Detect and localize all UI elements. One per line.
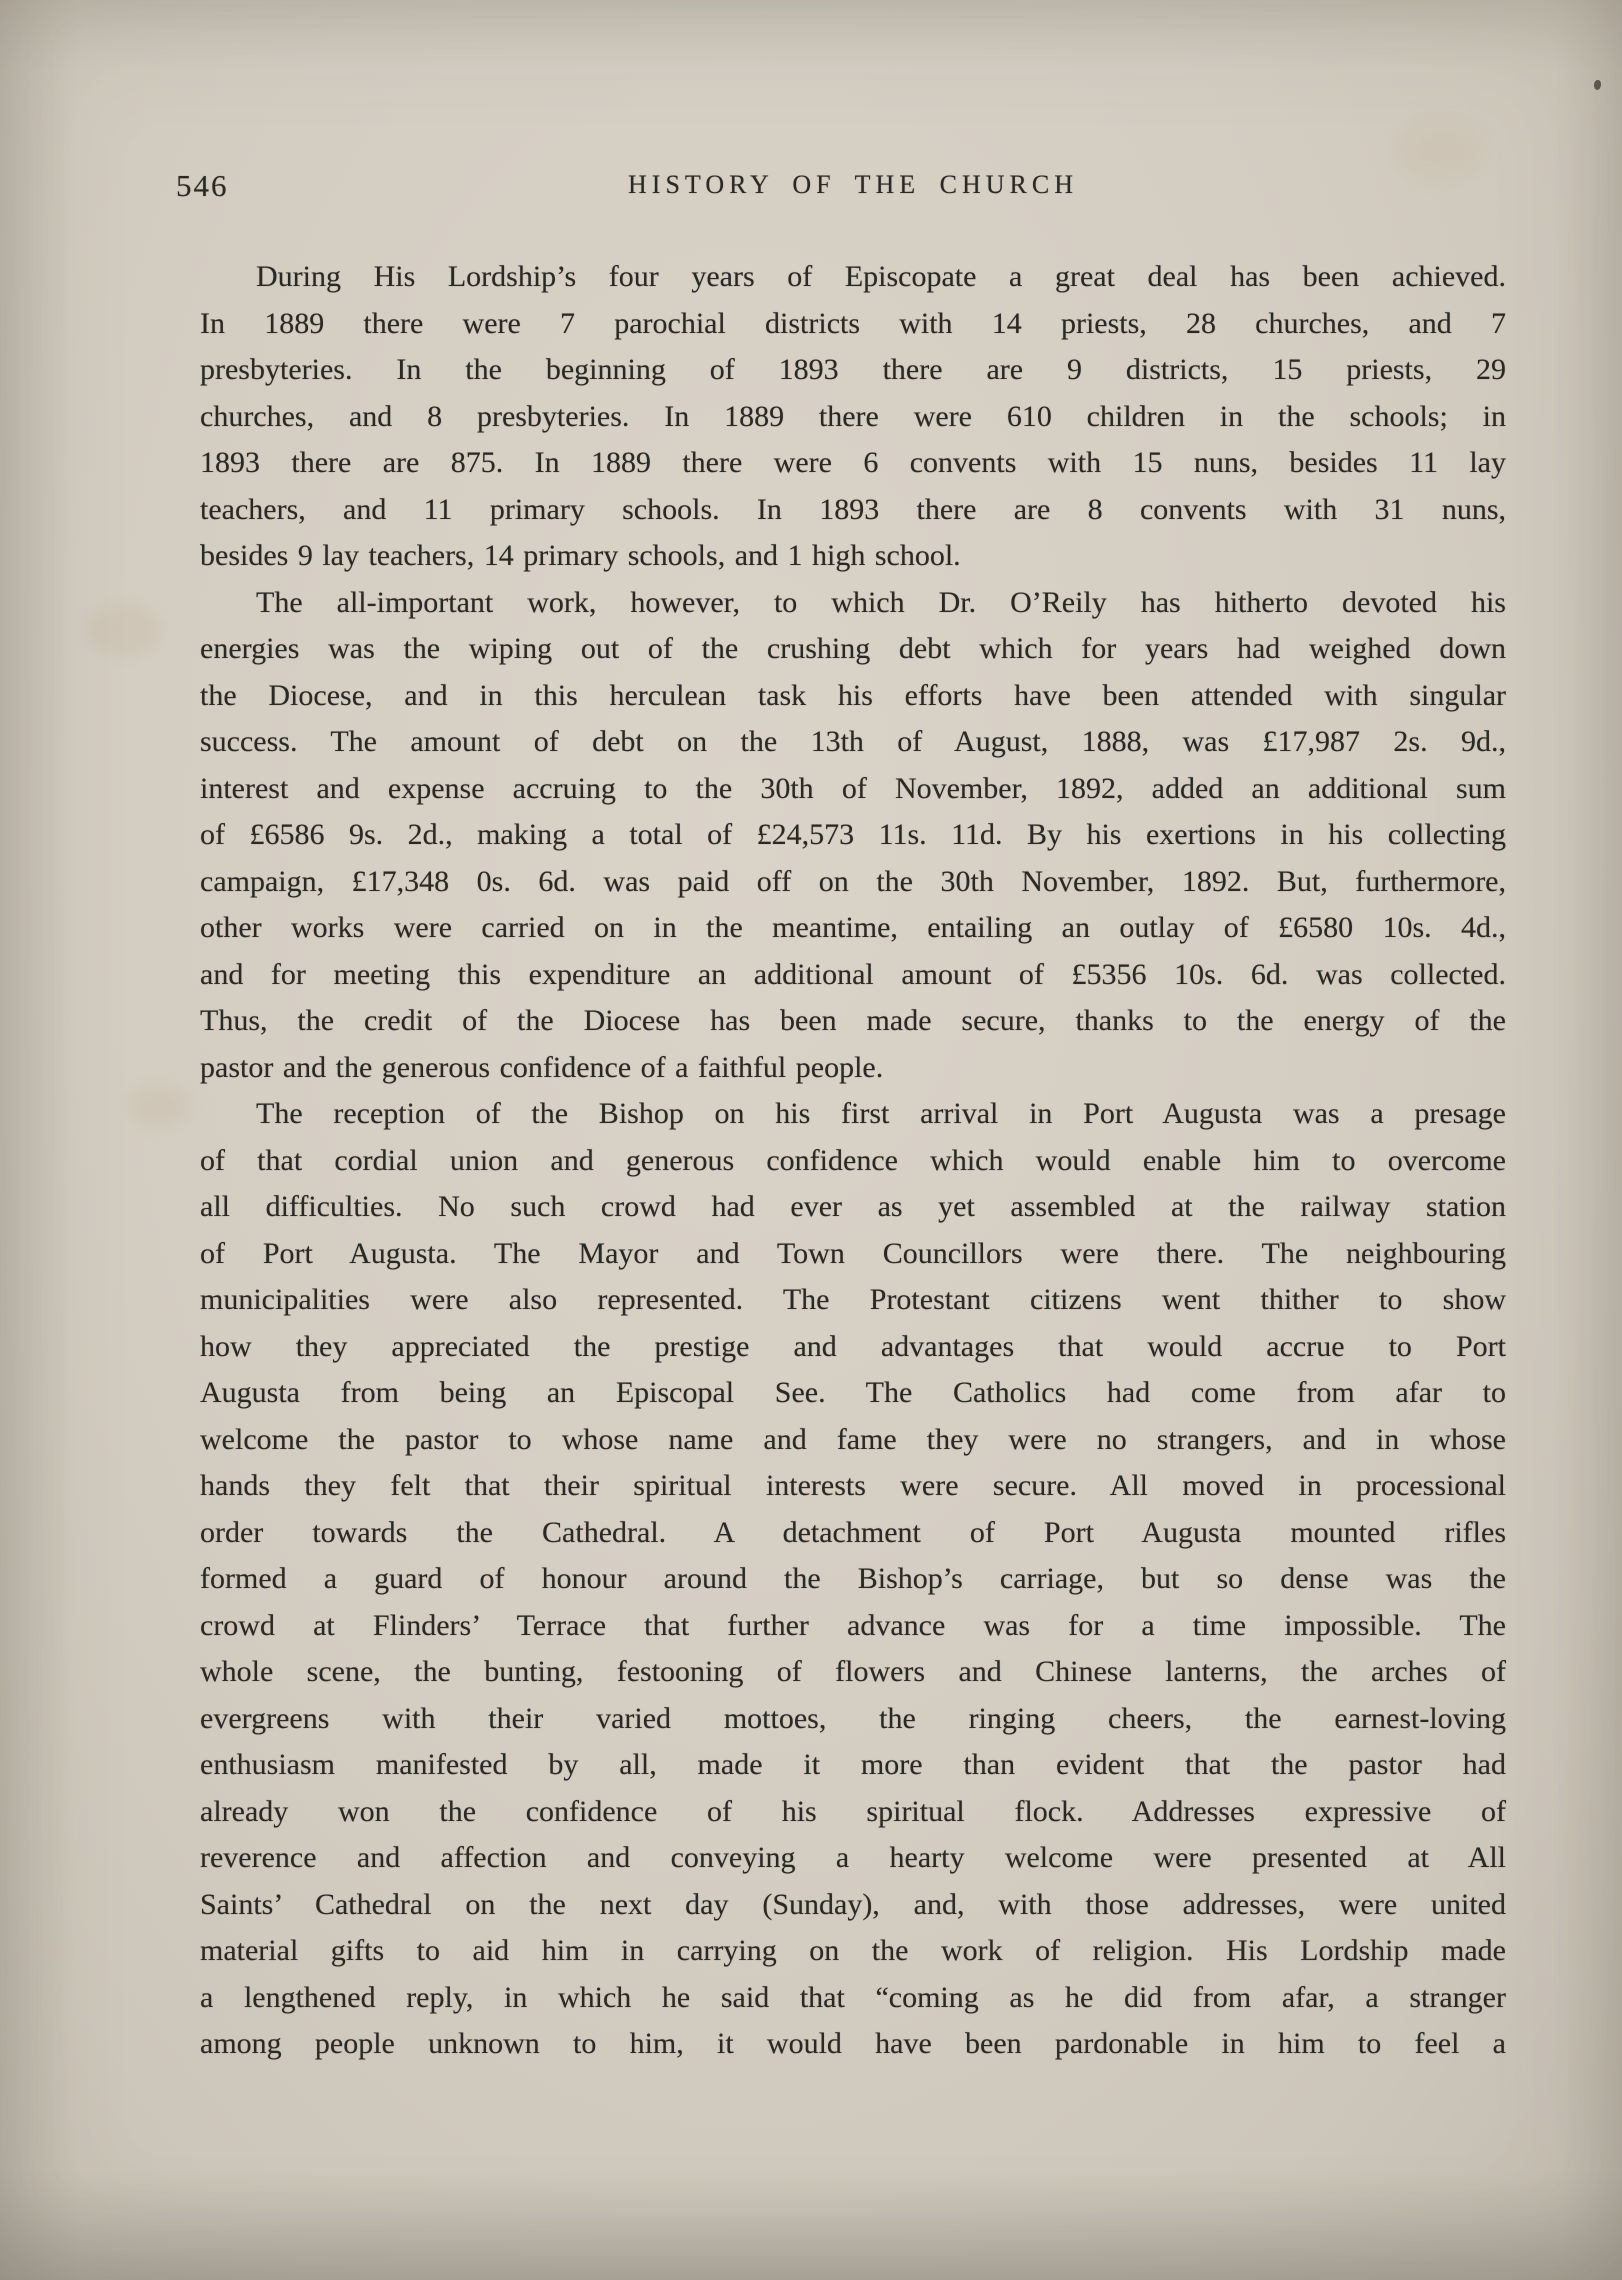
text-line: teachers, and 11 primary schools. In 189…: [200, 487, 1506, 534]
ink-speck: [1594, 80, 1601, 90]
text-line: The all-important work, however, to whic…: [200, 580, 1506, 627]
text-line: a lengthened reply, in which he said tha…: [200, 1975, 1506, 2022]
text-line: Thus, the credit of the Diocese has been…: [200, 998, 1506, 1045]
text-line: reverence and affection and conveying a …: [200, 1835, 1506, 1882]
text-line: Saints’ Cathedral on the next day (Sunda…: [200, 1882, 1506, 1929]
text-line: During His Lordship’s four years of Epis…: [200, 254, 1506, 301]
text-line: the Diocese, and in this herculean task …: [200, 673, 1506, 720]
running-title: HISTORY OF THE CHURCH: [200, 170, 1506, 200]
text-line: and for meeting this expenditure an addi…: [200, 952, 1506, 999]
text-line: of Port Augusta. The Mayor and Town Coun…: [200, 1231, 1506, 1278]
text-line: municipalities were also represented. Th…: [200, 1277, 1506, 1324]
paragraph: The reception of the Bishop on his first…: [200, 1091, 1506, 2068]
text-line: enthusiasm manifested by all, made it mo…: [200, 1742, 1506, 1789]
text-line: formed a guard of honour around the Bish…: [200, 1556, 1506, 1603]
paragraph: During His Lordship’s four years of Epis…: [200, 254, 1506, 580]
text-line: campaign, £17,348 0s. 6d. was paid off o…: [200, 859, 1506, 906]
text-line: among people unknown to him, it would ha…: [200, 2021, 1506, 2068]
text-line: material gifts to aid him in carrying on…: [200, 1928, 1506, 1975]
text-line: presbyteries. In the beginning of 1893 t…: [200, 347, 1506, 394]
text-line: besides 9 lay teachers, 14 primary schoo…: [200, 533, 1506, 580]
text-line: already won the confidence of his spirit…: [200, 1789, 1506, 1836]
text-line: pastor and the generous confidence of a …: [200, 1045, 1506, 1092]
paper-stain: [128, 1084, 190, 1128]
text-line: success. The amount of debt on the 13th …: [200, 719, 1506, 766]
text-line: interest and expense accruing to the 30t…: [200, 766, 1506, 813]
text-line: crowd at Flinders’ Terrace that further …: [200, 1603, 1506, 1650]
paragraph: The all-important work, however, to whic…: [200, 580, 1506, 1092]
text-line: 1893 there are 875. In 1889 there were 6…: [200, 440, 1506, 487]
text-line: Augusta from being an Episcopal See. The…: [200, 1370, 1506, 1417]
page-header: 546 HISTORY OF THE CHURCH: [200, 166, 1506, 210]
body-text: During His Lordship’s four years of Epis…: [200, 254, 1506, 2068]
text-line: how they appreciated the prestige and ad…: [200, 1324, 1506, 1371]
book-page: 546 HISTORY OF THE CHURCH During His Lor…: [0, 0, 1622, 2280]
text-line: of that cordial union and generous confi…: [200, 1138, 1506, 1185]
text-line: welcome the pastor to whose name and fam…: [200, 1417, 1506, 1464]
text-line: In 1889 there were 7 parochial districts…: [200, 301, 1506, 348]
text-line: hands they felt that their spiritual int…: [200, 1463, 1506, 1510]
text-line: whole scene, the bunting, festooning of …: [200, 1649, 1506, 1696]
text-line: all difficulties. No such crowd had ever…: [200, 1184, 1506, 1231]
paper-stain: [86, 604, 160, 656]
text-line: The reception of the Bishop on his first…: [200, 1091, 1506, 1138]
text-line: other works were carried on in the meant…: [200, 905, 1506, 952]
text-line: churches, and 8 presbyteries. In 1889 th…: [200, 394, 1506, 441]
text-line: evergreens with their varied mottoes, th…: [200, 1696, 1506, 1743]
text-line: of £6586 9s. 2d., making a total of £24,…: [200, 812, 1506, 859]
text-line: order towards the Cathedral. A detachmen…: [200, 1510, 1506, 1557]
text-line: energies was the wiping out of the crush…: [200, 626, 1506, 673]
